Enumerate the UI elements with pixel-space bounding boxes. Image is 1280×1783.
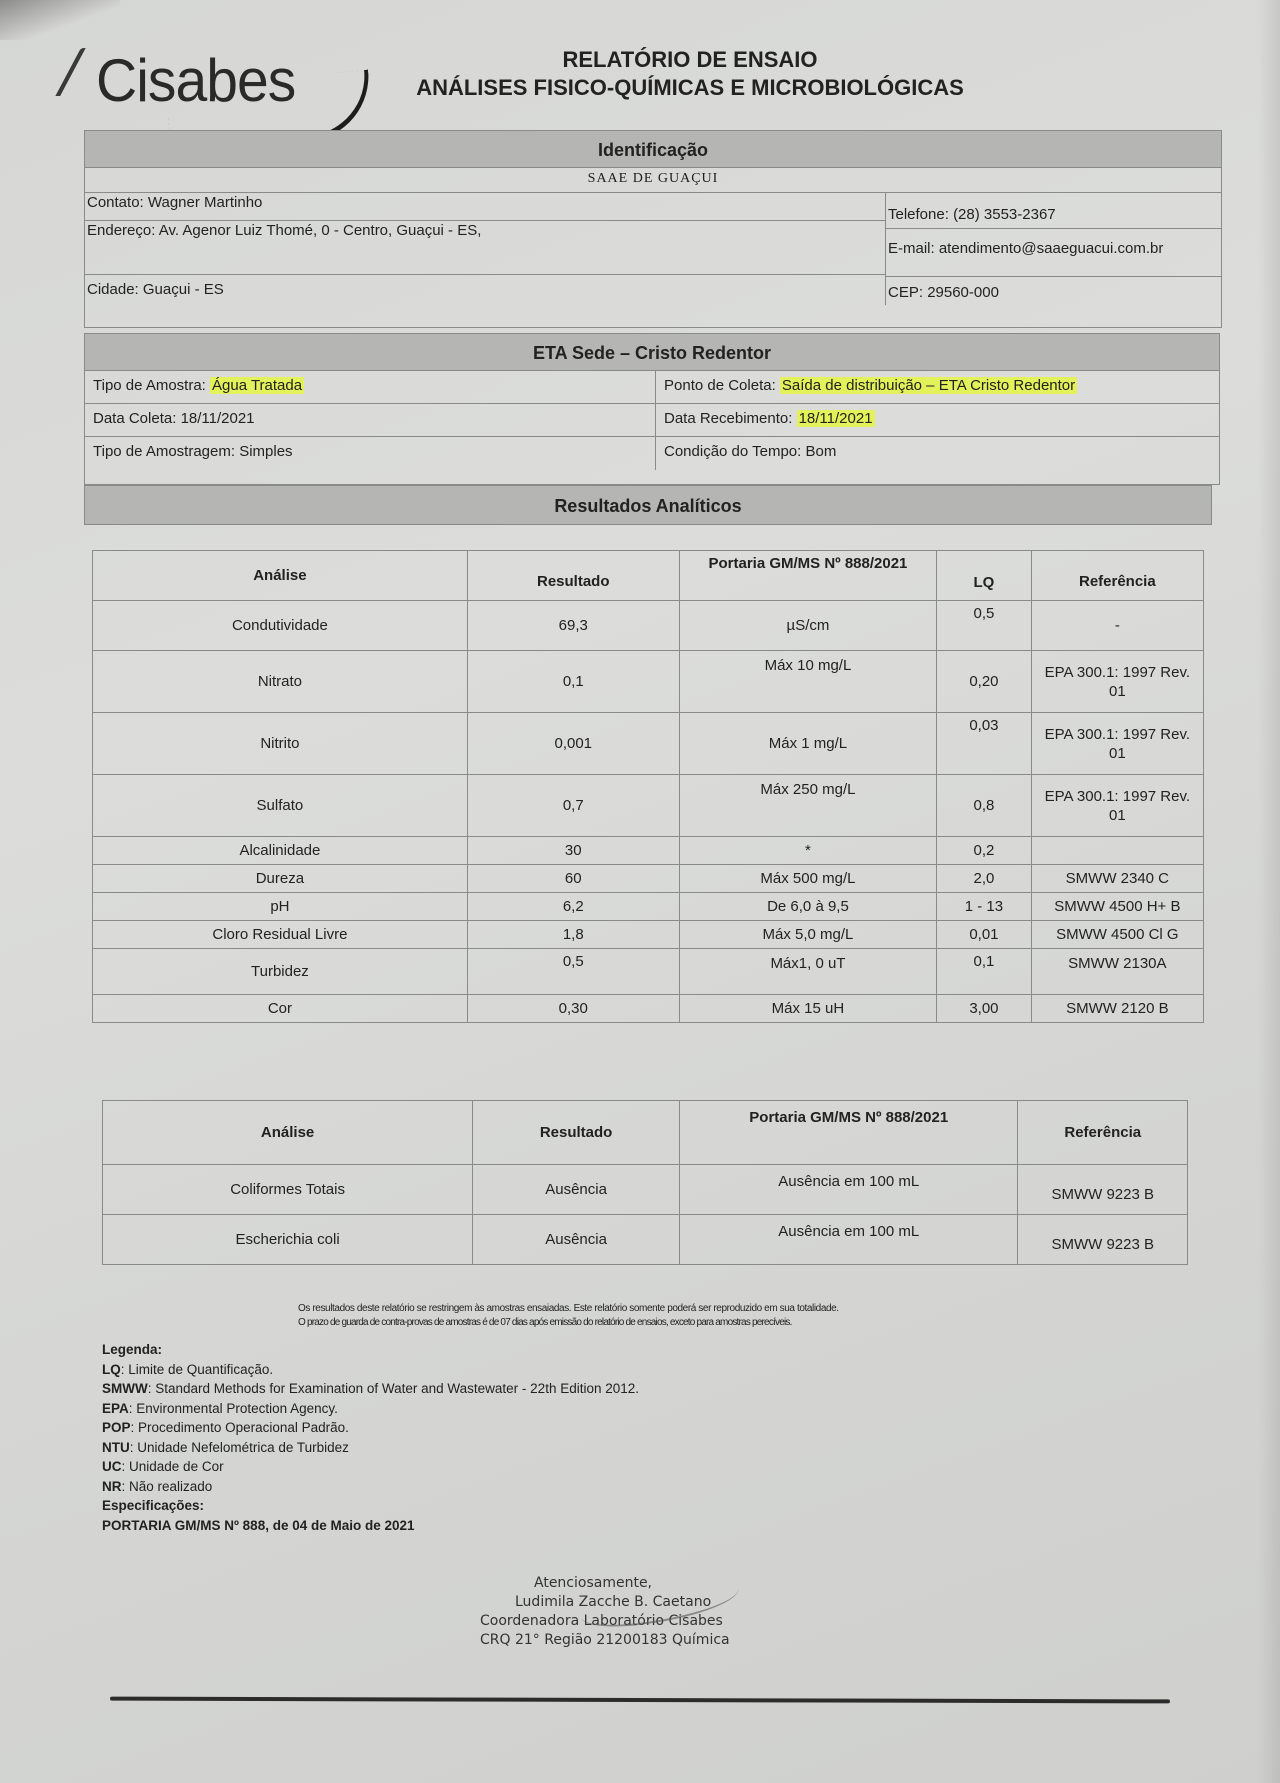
table-row: Alcalinidade30*0,2: [93, 837, 1204, 865]
identification-title: Identificação: [85, 131, 1221, 168]
col-header-resultado: Resultado: [473, 1101, 680, 1165]
cell-resultado: 0,30: [467, 995, 679, 1023]
report-title-line1: RELATÓRIO DE ENSAIO: [400, 46, 980, 74]
table-row: Dureza60Máx 500 mg/L2,0SMWW 2340 C: [93, 865, 1204, 893]
phone-label: Telefone:: [888, 206, 949, 223]
address-label: Endereço:: [87, 222, 155, 239]
disclaimer-line2: O prazo de guarda de contra-provas de am…: [298, 1316, 1018, 1330]
sample-section: ETA Sede – Cristo Redentor Tipo de Amost…: [84, 333, 1220, 485]
table-row: Escherichia coliAusênciaAusência em 100 …: [103, 1215, 1188, 1265]
cell-analise: pH: [93, 893, 468, 921]
contact-value: Wagner Martinho: [148, 194, 263, 211]
table-row: Cloro Residual Livre1,8Máx 5,0 mg/L0,01S…: [93, 921, 1204, 949]
col-header-portaria: Portaria GM/MS Nº 888/2021: [679, 551, 936, 601]
cell-lq: 3,00: [937, 995, 1032, 1023]
collection-date-value: 18/11/2021: [181, 410, 255, 427]
cisabes-logo: Cisabes: [68, 42, 368, 137]
legend-abbr: POP: [102, 1420, 131, 1435]
email-field: E-mail: atendimento@saaeguacui.com.br: [886, 229, 1221, 277]
cep-field: CEP: 29560-000: [886, 277, 1221, 305]
table-row: Nitrato0,1Máx 10 mg/L0,20EPA 300.1: 1997…: [93, 651, 1204, 713]
cell-referencia: [1031, 837, 1203, 865]
legend-abbr: LQ: [102, 1362, 121, 1377]
city-label: Cidade:: [87, 281, 139, 298]
photo-edge-shadow: [1258, 0, 1280, 1783]
cell-analise: Sulfato: [93, 775, 468, 837]
photo-corner-shadow: [0, 0, 120, 40]
legend-item: UC: Unidade de Cor: [102, 1457, 802, 1477]
cell-resultado: 0,5: [467, 949, 679, 995]
cell-portaria: Máx 5,0 mg/L: [679, 921, 936, 949]
collection-date-label: Data Coleta:: [93, 410, 176, 427]
address-value: Av. Agenor Luiz Thomé, 0 - Centro, Guaçu…: [159, 222, 482, 239]
cell-referencia: SMWW 9223 B: [1018, 1165, 1188, 1215]
legend-item: SMWW: Standard Methods for Examination o…: [102, 1379, 802, 1399]
legend-abbr: EPA: [102, 1401, 129, 1416]
report-title-line2: ANÁLISES FISICO-QUÍMICAS E MICROBIOLÓGIC…: [400, 74, 980, 102]
cell-resultado: 30: [467, 837, 679, 865]
cell-referencia: EPA 300.1: 1997 Rev. 01: [1031, 651, 1203, 713]
cep-label: CEP:: [888, 284, 923, 301]
phone-field: Telefone: (28) 3553-2367: [886, 193, 1221, 229]
cell-portaria: Máx1, 0 uT: [679, 949, 936, 995]
weather-field: Condição do Tempo: Bom: [655, 437, 1219, 470]
legend-item: LQ: Limite de Quantificação.: [102, 1360, 802, 1380]
cell-lq: 0,01: [937, 921, 1032, 949]
legend-text: Procedimento Operacional Padrão.: [138, 1420, 349, 1435]
col-header-analise: Análise: [93, 551, 468, 601]
cell-lq: 0,8: [937, 775, 1032, 837]
cell-portaria: De 6,0 à 9,5: [679, 893, 936, 921]
city-field: Cidade: Guaçui - ES: [85, 275, 885, 305]
received-date-label: Data Recebimento:: [664, 410, 792, 427]
legend: Legenda: LQ: Limite de Quantificação.SMW…: [102, 1340, 802, 1535]
sample-type-label: Tipo de Amostra:: [93, 377, 206, 394]
legend-text: Limite de Quantificação.: [128, 1362, 273, 1377]
table-row: Turbidez0,5Máx1, 0 uT0,1SMWW 2130A: [93, 949, 1204, 995]
cell-resultado: Ausência: [473, 1215, 680, 1265]
legend-item: POP: Procedimento Operacional Padrão.: [102, 1418, 802, 1438]
table-row: Cor0,30Máx 15 uH3,00SMWW 2120 B: [93, 995, 1204, 1023]
cell-analise: Nitrito: [93, 713, 468, 775]
col-header-referencia: Referência: [1018, 1101, 1188, 1165]
cell-referencia: SMWW 2130A: [1031, 949, 1203, 995]
cell-referencia: SMWW 9223 B: [1018, 1215, 1188, 1265]
col-header-referencia: Referência: [1031, 551, 1203, 601]
legend-abbr: NR: [102, 1479, 122, 1494]
cell-lq: 2,0: [937, 865, 1032, 893]
cell-referencia: EPA 300.1: 1997 Rev. 01: [1031, 713, 1203, 775]
bottom-divider: [110, 1697, 1170, 1704]
legend-item: NTU: Unidade Nefelométrica de Turbidez: [102, 1438, 802, 1458]
collection-date-field: Data Coleta: 18/11/2021: [85, 404, 655, 437]
cell-analise: Dureza: [93, 865, 468, 893]
cell-resultado: 0,1: [467, 651, 679, 713]
cell-analise: Cor: [93, 995, 468, 1023]
legend-text: Unidade Nefelométrica de Turbidez: [137, 1440, 349, 1455]
cell-resultado: 69,3: [467, 601, 679, 651]
table-row: pH6,2De 6,0 à 9,51 - 13SMWW 4500 H+ B: [93, 893, 1204, 921]
cell-portaria: Ausência em 100 mL: [680, 1215, 1018, 1265]
disclaimer-line1: Os resultados deste relatório se restrin…: [298, 1302, 1018, 1316]
legend-item: NR: Não realizado: [102, 1477, 802, 1497]
cell-analise: Alcalinidade: [93, 837, 468, 865]
legend-abbr: UC: [102, 1459, 122, 1474]
cell-lq: 0,20: [937, 651, 1032, 713]
sampling-type-field: Tipo de Amostragem: Simples: [85, 437, 655, 470]
col-header-lq: LQ: [937, 551, 1032, 601]
cell-portaria: Máx 250 mg/L: [679, 775, 936, 837]
received-date-field: Data Recebimento: 18/11/2021: [655, 404, 1219, 437]
contact-label: Contato:: [87, 194, 144, 211]
legend-text: Não realizado: [129, 1479, 212, 1494]
spec-title: Especificações:: [102, 1496, 802, 1516]
contact-field: Contato: Wagner Martinho: [85, 193, 885, 221]
collection-point-value: Saída de distribuição – ETA Cristo Reden…: [780, 377, 1077, 394]
cell-resultado: 60: [467, 865, 679, 893]
legend-abbr: NTU: [102, 1440, 130, 1455]
cell-referencia: EPA 300.1: 1997 Rev. 01: [1031, 775, 1203, 837]
cell-portaria: Máx 10 mg/L: [679, 651, 936, 713]
cell-analise: Cloro Residual Livre: [93, 921, 468, 949]
report-title: RELATÓRIO DE ENSAIO ANÁLISES FISICO-QUÍM…: [400, 46, 980, 102]
legend-text: Unidade de Cor: [129, 1459, 224, 1474]
cell-resultado: 6,2: [467, 893, 679, 921]
cell-lq: 0,1: [937, 949, 1032, 995]
cell-resultado: Ausência: [473, 1165, 680, 1215]
city-value: Guaçui - ES: [143, 281, 224, 298]
sample-site-title: ETA Sede – Cristo Redentor: [85, 334, 1219, 371]
legend-title: Legenda:: [102, 1340, 802, 1360]
cell-analise: Coliformes Totais: [103, 1165, 473, 1215]
sampling-type-value: Simples: [239, 443, 292, 460]
cell-referencia: -: [1031, 601, 1203, 651]
cell-resultado: 0,001: [467, 713, 679, 775]
weather-value: Bom: [806, 443, 837, 460]
cell-referencia: SMWW 2340 C: [1031, 865, 1203, 893]
collection-point-field: Ponto de Coleta: Saída de distribuição –…: [655, 371, 1219, 404]
cell-referencia: SMWW 2120 B: [1031, 995, 1203, 1023]
address-field: Endereço: Av. Agenor Luiz Thomé, 0 - Cen…: [85, 221, 885, 275]
phone-value: (28) 3553-2367: [953, 206, 1056, 223]
results-title: Resultados Analíticos: [84, 485, 1212, 525]
cell-analise: Escherichia coli: [103, 1215, 473, 1265]
col-header-resultado: Resultado: [467, 551, 679, 601]
table-row: Sulfato0,7Máx 250 mg/L0,8EPA 300.1: 1997…: [93, 775, 1204, 837]
identification-section: Identificação SAAE DE GUAÇUI Contato: Wa…: [84, 130, 1222, 328]
physicochemical-results-table: Análise Resultado Portaria GM/MS Nº 888/…: [92, 550, 1204, 1023]
sample-type-value: Água Tratada: [210, 377, 304, 394]
cell-lq: 0,2: [937, 837, 1032, 865]
report-disclaimer: Os resultados deste relatório se restrin…: [298, 1302, 1018, 1330]
sampling-type-label: Tipo de Amostragem:: [93, 443, 235, 460]
collection-point-label: Ponto de Coleta:: [664, 377, 776, 394]
cell-lq: 0,5: [937, 601, 1032, 651]
cep-value: 29560-000: [927, 284, 999, 301]
email-label: E-mail:: [888, 240, 935, 257]
cell-portaria: µS/cm: [679, 601, 936, 651]
received-date-value: 18/11/2021: [797, 410, 875, 427]
microbiological-results-table: Análise Resultado Portaria GM/MS Nº 888/…: [102, 1100, 1188, 1265]
cell-referencia: SMWW 4500 H+ B: [1031, 893, 1203, 921]
col-header-analise: Análise: [103, 1101, 473, 1165]
client-org: SAAE DE GUAÇUI: [85, 168, 1221, 193]
cell-portaria: Máx 500 mg/L: [679, 865, 936, 893]
legend-item: EPA: Environmental Protection Agency.: [102, 1399, 802, 1419]
table-row: Condutividade69,3µS/cm0,5-: [93, 601, 1204, 651]
legend-text: Environmental Protection Agency.: [136, 1401, 338, 1416]
cell-referencia: SMWW 4500 Cl G: [1031, 921, 1203, 949]
table-row: Coliformes TotaisAusênciaAusência em 100…: [103, 1165, 1188, 1215]
signer-registration: CRQ 21° Região 21200183 Química: [480, 1631, 820, 1650]
cell-resultado: 1,8: [467, 921, 679, 949]
weather-label: Condição do Tempo:: [664, 443, 801, 460]
cell-analise: Turbidez: [93, 949, 468, 995]
cell-lq: 1 - 13: [937, 893, 1032, 921]
cell-portaria: *: [679, 837, 936, 865]
cell-analise: Nitrato: [93, 651, 468, 713]
col-header-portaria: Portaria GM/MS Nº 888/2021: [680, 1101, 1018, 1165]
table-row: Nitrito0,001Máx 1 mg/L0,03EPA 300.1: 199…: [93, 713, 1204, 775]
cell-resultado: 0,7: [467, 775, 679, 837]
cell-portaria: Ausência em 100 mL: [680, 1165, 1018, 1215]
legend-abbr: SMWW: [102, 1381, 148, 1396]
legend-text: Standard Methods for Examination of Wate…: [155, 1381, 639, 1396]
spec-text: PORTARIA GM/MS Nº 888, de 04 de Maio de …: [102, 1516, 802, 1536]
cell-lq: 0,03: [937, 713, 1032, 775]
cell-analise: Condutividade: [93, 601, 468, 651]
cell-portaria: Máx 15 uH: [679, 995, 936, 1023]
cell-portaria: Máx 1 mg/L: [679, 713, 936, 775]
sample-type-field: Tipo de Amostra: Água Tratada: [85, 371, 655, 404]
email-value[interactable]: atendimento@saaeguacui.com.br: [939, 240, 1164, 257]
